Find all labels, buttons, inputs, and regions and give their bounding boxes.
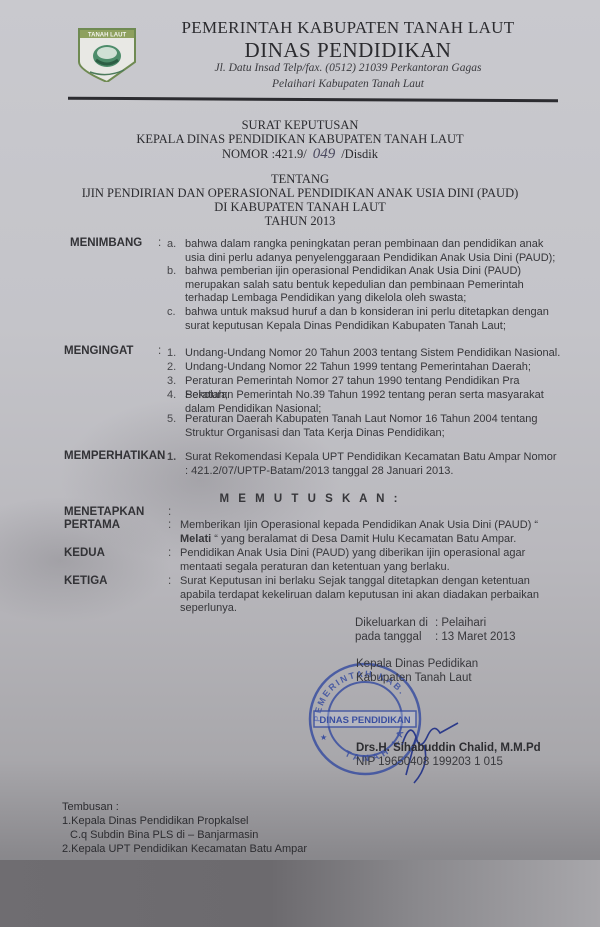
memperhatikan-colon: : [158, 450, 161, 462]
tentang-label: TENTANG [0, 172, 600, 187]
subject-line-2: DI KABUPATEN TANAH LAUT [0, 200, 600, 215]
pertama-text-before: Memberikan Ijin Operasional kepada Pendi… [180, 519, 538, 531]
memperhatikan-marker: 1. [167, 451, 176, 463]
tembusan-item: 2.Kepala UPT Pendidikan Kecamatan Batu A… [62, 843, 307, 857]
ketiga-label: KETIGA [64, 575, 107, 587]
doc-issuer: KEPALA DINAS PENDIDIKAN KABUPATEN TANAH … [0, 132, 600, 147]
doc-number-suffix: /Disdik [341, 147, 378, 161]
doc-number: NOMOR :421.9/049/Disdik [0, 146, 600, 163]
issued-at-label: Dikeluarkan di [355, 617, 428, 629]
mengingat-item: Undang-Undang Nomor 20 Tahun 2003 tentan… [185, 347, 565, 361]
menimbang-marker: b. [167, 265, 176, 277]
mengingat-marker: 4. [167, 389, 176, 401]
emblem-icon: TANAH LAUT [76, 26, 138, 82]
menimbang-item: bahwa pemberian ijin operasional Pendidi… [185, 265, 565, 306]
mengingat-label: MENGINGAT [64, 345, 133, 357]
menimbang-item: bahwa untuk maksud huruf a dan b konside… [185, 306, 565, 333]
doc-number-handwritten: 049 [313, 146, 336, 162]
letterhead-address: Jl. Datu Insad Telp/fax. (0512) 21039 Pe… [168, 62, 528, 74]
ketiga-text: Surat Keputusan ini berlaku Sejak tangga… [180, 575, 560, 616]
tembusan-item: 1.Kepala Dinas Pendidikan Propkalsel [62, 815, 249, 829]
mengingat-item: Peraturan Pemerintah No.39 Tahun 1992 te… [185, 389, 560, 416]
menimbang-colon: : [158, 237, 161, 249]
memperhatikan-label: MEMPERHATIKAN [64, 450, 165, 462]
svg-text:TANAH LAUT: TANAH LAUT [88, 33, 127, 39]
tembusan-label: Tembusan : [62, 801, 119, 815]
kedua-text: Pendidikan Anak Usia Dini (PAUD) yang di… [180, 547, 560, 574]
subject-line-3: TAHUN 2013 [0, 214, 600, 229]
tembusan-item: C.q Subdin Bina PLS di – Banjarmasin [70, 829, 258, 843]
signer-name: Drs.H. Sihabuddin Chalid, M.M.Pd [356, 742, 541, 754]
menimbang-item: bahwa dalam rangka peningkatan peran pem… [185, 238, 565, 265]
mengingat-marker: 1. [167, 347, 176, 359]
regency-emblem-logo: TANAH LAUT [76, 26, 138, 82]
mengingat-colon: : [158, 345, 161, 357]
pertama-label: PERTAMA [64, 519, 120, 531]
menimbang-marker: c. [167, 306, 176, 318]
letterhead-department: DINAS PENDIDIKAN [168, 38, 528, 63]
table-surface [0, 860, 600, 927]
memperhatikan-item: Surat Rekomendasi Kepala UPT Pendidikan … [185, 451, 560, 478]
menetapkan-label: MENETAPKAN [64, 506, 144, 518]
mengingat-marker: 5. [167, 413, 176, 425]
signer-nip: NIP 19650408 199203 1 015 [356, 756, 503, 768]
menimbang-label: MENIMBANG [70, 237, 142, 249]
ketiga-colon: : [168, 575, 171, 587]
letterhead-divider [68, 97, 558, 103]
svg-text:★: ★ [320, 733, 327, 742]
subject-line-1: IJIN PENDIRIAN DAN OPERASIONAL PENDIDIKA… [0, 186, 600, 201]
pertama-text: Memberikan Ijin Operasional kepada Pendi… [180, 519, 560, 546]
doc-number-prefix: NOMOR :421.9/ [222, 147, 307, 161]
mengingat-marker: 2. [167, 361, 176, 373]
doc-type: SURAT KEPUTUSAN [0, 118, 600, 133]
mengingat-item: Undang-Undang Nomor 22 Tahun 1999 tentan… [185, 361, 565, 375]
issued-date-label: pada tanggal [355, 631, 422, 643]
svg-text:DINAS PENDIDIKAN: DINAS PENDIDIKAN [319, 715, 410, 726]
issued-date-value: : 13 Maret 2013 [435, 631, 516, 643]
signer-position-1: Kepala Dinas Pedidikan [356, 658, 478, 670]
signer-position-2: Kabupaten Tanah Laut [356, 672, 472, 684]
kedua-colon: : [168, 547, 171, 559]
mengingat-item: Peraturan Daerah Kabupaten Tanah Laut No… [185, 413, 560, 440]
paud-name: Melati [180, 533, 211, 545]
menimbang-marker: a. [167, 238, 176, 250]
memutuskan-heading: M E M U T U S K A N : [200, 493, 420, 505]
letterhead-city: Pelaihari Kabupaten Tanah Laut [168, 78, 528, 90]
kedua-label: KEDUA [64, 547, 105, 559]
pertama-colon: : [168, 519, 171, 531]
letterhead-government: PEMERINTAH KABUPATEN TANAH LAUT [168, 18, 528, 38]
menetapkan-colon: : [168, 506, 171, 518]
issued-at-value: : Pelaihari [435, 617, 486, 629]
mengingat-marker: 3. [167, 375, 176, 387]
pertama-text-after: “ yang beralamat di Desa Damit Hulu Keca… [211, 533, 516, 545]
